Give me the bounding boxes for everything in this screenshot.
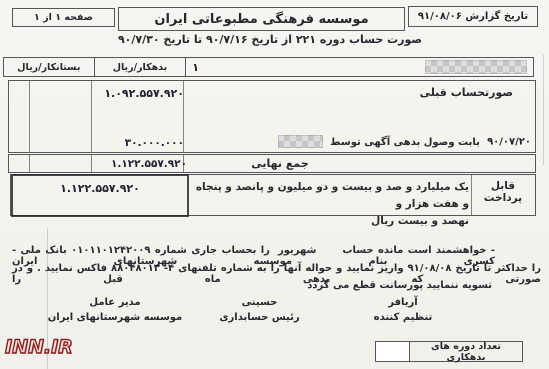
table-header-creditor: بستانکار/ریال — [4, 58, 94, 76]
amount-words-line2: نهصد و بیست ریال — [193, 213, 469, 230]
redacted-payer-name — [278, 135, 323, 148]
payable-amount-in-words: یک میلیارد و صد و بیست و دو میلیون و پان… — [193, 179, 469, 230]
total-row: جمع نهایی ۱.۱۲۲.۵۵۷.۹۲۰ — [8, 154, 536, 173]
row-previous-invoice-description: صورتحساب قبلی — [420, 86, 513, 99]
signature-director-role: موسسه شهرستانهای ایران — [40, 310, 190, 325]
payable-row: قابل پرداخت یک میلیارد و صد و بیست و دو … — [10, 174, 536, 216]
statement-period-line: صورت حساب دوره ۲۲۱ از تاریخ ۹۰/۷/۱۶ تا ت… — [95, 33, 445, 46]
payable-amount: ۱.۱۲۲.۵۵۷.۹۲۰ — [13, 182, 187, 195]
table-header-row: ۱ بدهکار/ریال بستانکار/ریال — [3, 57, 534, 77]
row-collection-amount: ۳۰.۰۰۰.۰۰۰ — [96, 137, 184, 149]
scanned-statement-page: تاریخ گزارش ۹۱/۰۸/۰۶ موسسه فرهنگی مطبوعا… — [0, 0, 549, 369]
row-collection-description: بابت وصول بدهی آگهی توسط — [330, 137, 480, 148]
signature-preparer: آریافر تنظیم کننده — [358, 295, 448, 325]
table-body: صورتحساب قبلی ۱.۰۹۲.۵۵۷.۹۲۰ ۹۰/۰۷/۲۰ باب… — [8, 80, 536, 153]
paper-crease-left — [47, 228, 48, 369]
page-number-box: صفحه ۱ از ۱ — [12, 8, 115, 27]
debtor-header-label: بدهکار/ریال — [113, 62, 168, 73]
redacted-customer-name — [425, 60, 527, 74]
note1-start: - خواهشمند است مانده حساب — [342, 245, 495, 256]
row-collection-date: ۹۰/۰۷/۲۰ — [487, 137, 531, 148]
page-title: موسسه فرهنگی مطبوعاتی ایران — [154, 12, 368, 27]
signature-director-name: مدیر عامل — [40, 295, 190, 310]
total-divider-3 — [29, 155, 30, 172]
paper-crease-right — [543, 55, 544, 165]
signature-accounting-head: حسینی رئیس حسابداری — [212, 295, 307, 325]
signature-managing-director: مدیر عامل موسسه شهرستانهای ایران — [40, 295, 190, 325]
note1-month: شهریور — [278, 245, 316, 256]
customer-row-number: ۱ — [192, 61, 199, 74]
total-divider-2 — [91, 155, 92, 172]
column-divider-debtor — [91, 81, 92, 152]
amount-words-line1: یک میلیارد و صد و بیست و دو میلیون و پان… — [193, 179, 469, 213]
report-date: تاریخ گزارش ۹۱/۰۸/۰۶ — [418, 11, 528, 22]
title-box: موسسه فرهنگی مطبوعاتی ایران — [118, 7, 405, 31]
row-collection-entry: ۹۰/۰۷/۲۰ بابت وصول بدهی آگهی توسط — [278, 135, 531, 148]
page-number: صفحه ۱ از ۱ — [34, 12, 93, 23]
statement-period-text: صورت حساب دوره ۲۲۱ از تاریخ ۹۰/۷/۱۶ تا ت… — [118, 33, 422, 46]
signature-accounting-name: حسینی — [212, 295, 307, 310]
creditor-header-label: بستانکار/ریال — [17, 62, 80, 73]
debt-periods-value-box — [376, 342, 410, 361]
row-previous-invoice-amount: ۱.۰۹۲.۵۵۷.۹۲۰ — [96, 87, 184, 100]
signature-preparer-name: آریافر — [358, 295, 448, 310]
debt-periods-box: تعداد دوره های بدهکاری — [375, 341, 523, 362]
inn-ir-watermark: INN.IR — [5, 336, 73, 358]
report-date-box: تاریخ گزارش ۹۱/۰۸/۰۶ — [408, 6, 538, 27]
payable-amount-box: ۱.۱۲۲.۵۵۷.۹۲۰ — [11, 174, 189, 217]
total-amount: ۱.۱۲۲.۵۵۷.۹۲۰ — [97, 158, 187, 170]
debt-periods-label: تعداد دوره های بدهکاری — [410, 342, 522, 361]
table-header-debtor: بدهکار/ریال — [94, 58, 186, 76]
table-header-customer-cell: ۱ — [185, 58, 533, 76]
payable-divider — [471, 175, 472, 215]
debt-periods-label-text: تعداد دوره های بدهکاری — [410, 341, 522, 363]
footer-note-line3: تسویه ننمایید پورسانت قطع می گردد — [307, 280, 492, 291]
column-divider-margin — [29, 81, 30, 152]
signature-accounting-role: رئیس حسابداری — [212, 310, 307, 325]
payable-label: قابل پرداخت — [473, 180, 533, 204]
signature-preparer-role: تنظیم کننده — [358, 310, 448, 325]
total-label: جمع نهایی — [185, 157, 375, 170]
